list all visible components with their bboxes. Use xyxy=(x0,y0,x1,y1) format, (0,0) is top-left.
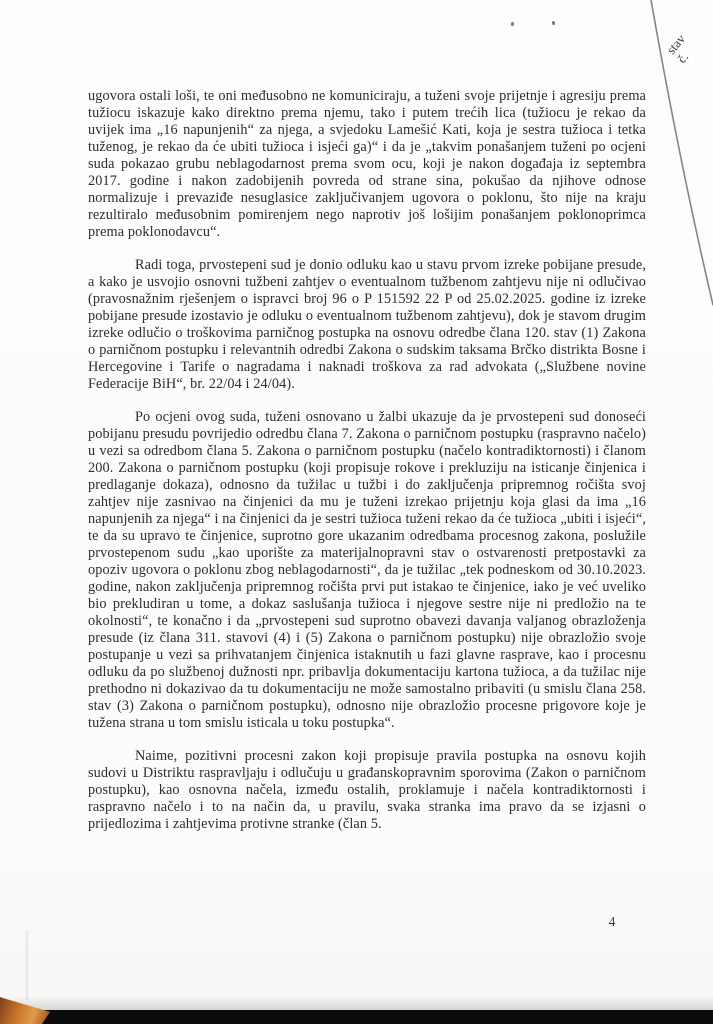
document-body: ugovora ostali loši, te oni međusobno ne… xyxy=(88,88,646,849)
page-number: 4 xyxy=(600,914,624,930)
paragraph-continuation: ugovora ostali loši, te oni međusobno ne… xyxy=(88,88,646,241)
scanner-bed-strip xyxy=(0,1010,713,1024)
underlying-page-rotated-text: stav č. xyxy=(664,0,713,66)
page-bottom-shadow xyxy=(0,996,713,1010)
scanned-document-page: ugovora ostali loši, te oni međusobno ne… xyxy=(0,0,713,1024)
paragraph: Po ocjeni ovog suda, tuženi osnovano u ž… xyxy=(88,409,646,732)
paragraph: Radi toga, prvostepeni sud je donio odlu… xyxy=(88,257,646,393)
scan-speck xyxy=(511,22,515,27)
paragraph: Naime, pozitivni procesni zakon koji pro… xyxy=(88,748,646,833)
page-edge-shadow xyxy=(25,930,29,1000)
scan-speck xyxy=(552,21,556,25)
